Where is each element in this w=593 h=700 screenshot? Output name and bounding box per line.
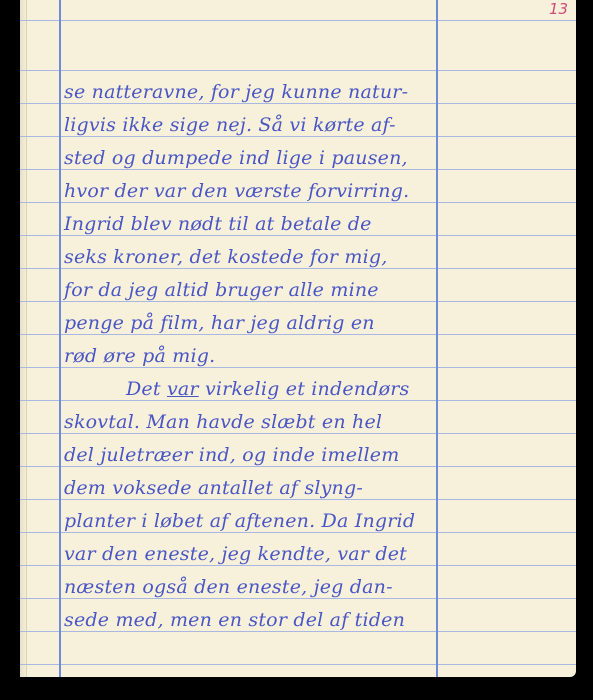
text-line: sted og dumpede ind lige i pausen, — [64, 142, 478, 175]
text-line: skovtal. Man havde slæbt en hel — [64, 406, 478, 439]
text-line: se natteravne, for jeg kunne natur- — [64, 76, 478, 109]
text-line: ligvis ikke sige nej. Så vi kørte af- — [64, 109, 478, 142]
page-number: 13 — [549, 0, 568, 18]
text-line: rød øre på mig. — [64, 340, 478, 373]
text-line: Ingrid blev nødt til at betale de — [64, 208, 478, 241]
handwritten-text: se natteravne, for jeg kunne natur- ligv… — [64, 76, 478, 637]
underlined-word: var — [167, 378, 199, 400]
text-line: seks kroner, det kostede for mig, — [64, 241, 478, 274]
text-line: penge på film, har jeg aldrig en — [64, 307, 478, 340]
text-segment: virkelig et indendørs — [199, 378, 410, 400]
text-line: del juletræer ind, og inde imellem — [64, 439, 478, 472]
left-margin-line — [59, 0, 61, 677]
text-segment: Det — [126, 378, 167, 400]
text-line: dem voksede antallet af slyng- — [64, 472, 478, 505]
text-line: hvor der var den værste forvirring. — [64, 175, 478, 208]
text-line: næsten også den eneste, jeg dan- — [64, 571, 478, 604]
notebook-page: 13 se natteravne, for jeg kunne natur- l… — [20, 0, 576, 677]
text-line: var den eneste, jeg kendte, var det — [64, 538, 478, 571]
text-line: planter i løbet af aftenen. Da Ingrid — [64, 505, 478, 538]
paragraph-start-line: Det var virkelig et indendørs — [64, 373, 478, 406]
text-line: sede med, men en stor del af tiden — [64, 604, 478, 637]
text-line: for da jeg altid bruger alle mine — [64, 274, 478, 307]
